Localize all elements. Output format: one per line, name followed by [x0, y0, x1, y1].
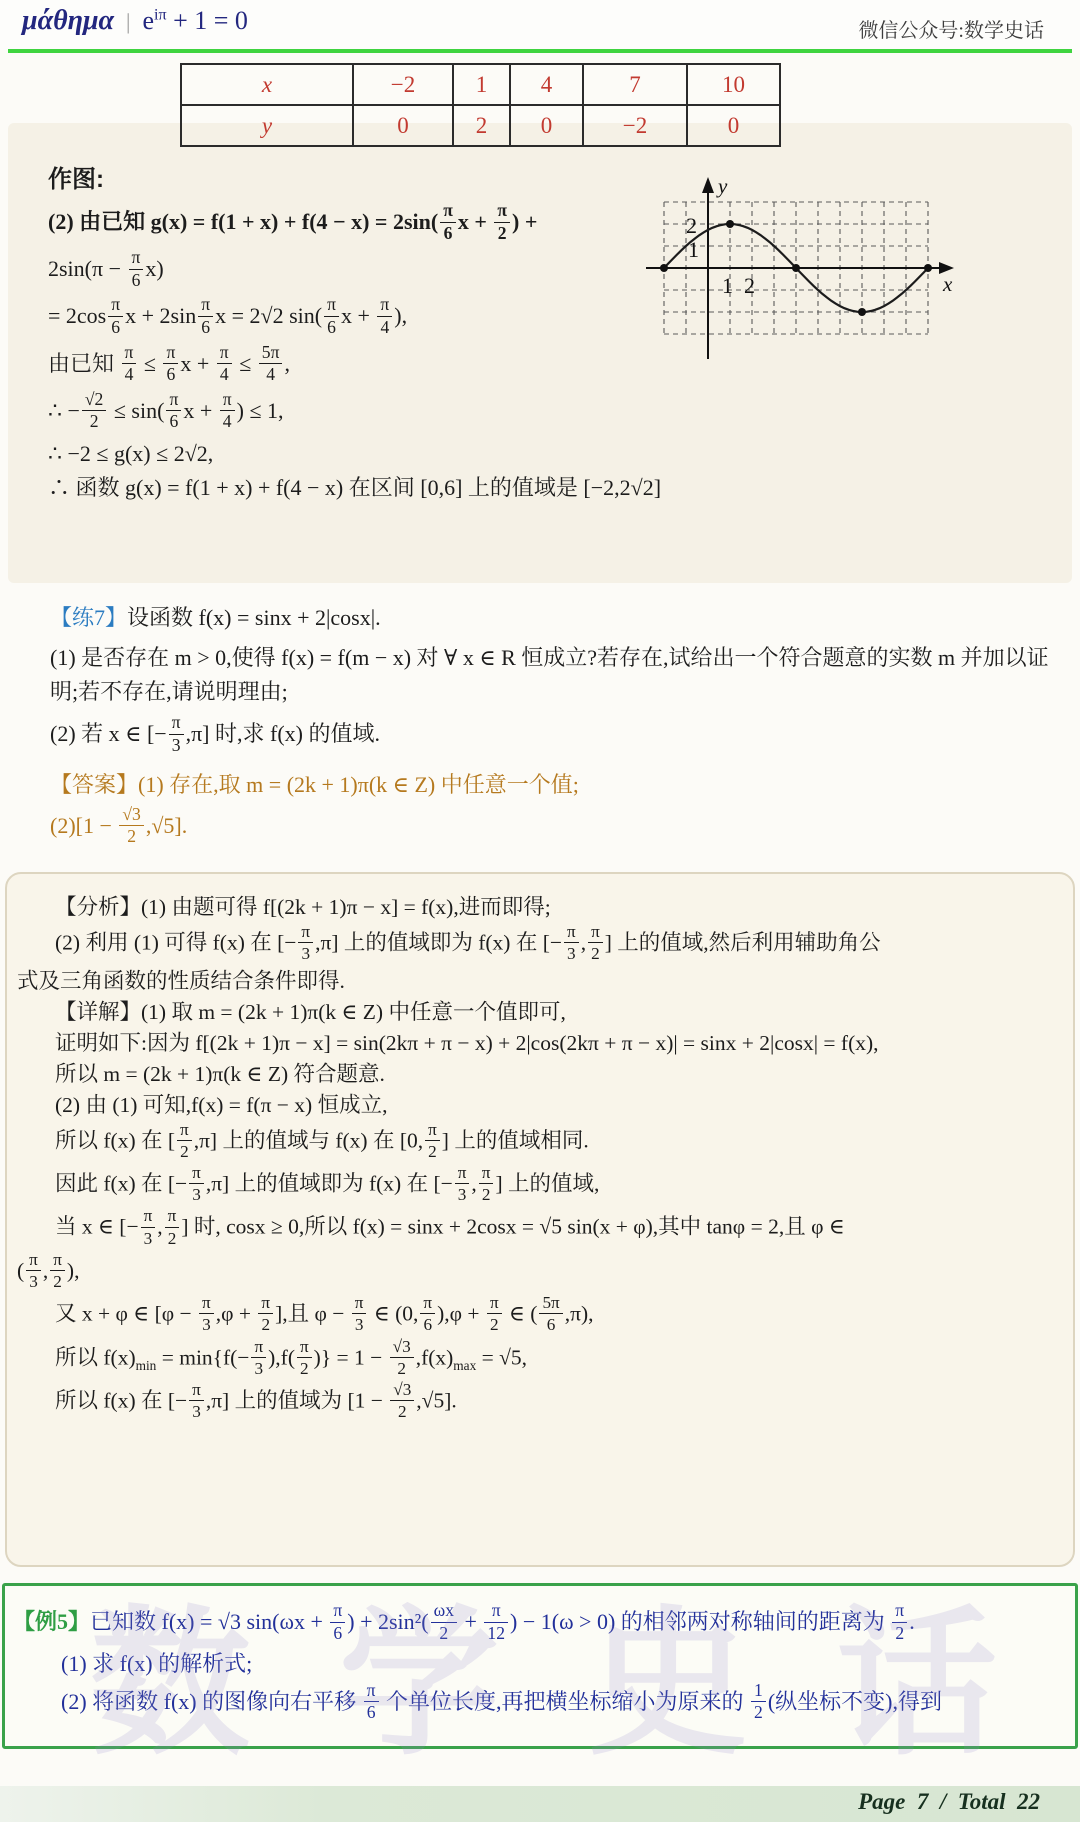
analysis-line: 所以 f(x) 在 [−π3,π] 上的值域为 [1 − √32,√5].: [17, 1383, 1059, 1422]
table-cell: 2: [453, 105, 510, 146]
analysis-line: (π3,π2),: [17, 1253, 1059, 1292]
graph-x-label: x: [942, 272, 953, 296]
example5-intro: 已知数 f(x) = √3 sin(ωx + π6) + 2sin²(ωx2 +…: [90, 1609, 915, 1634]
analysis-line: 所以 m = (2k + 1)π(k ∈ Z) 符合题意.: [17, 1061, 1059, 1088]
answer-section: 【答案】(1) 存在,取 m = (2k + 1)π(k ∈ Z) 中任意一个值…: [50, 762, 1050, 857]
table-cell: y: [181, 105, 353, 146]
analysis-line: 【详解】(1) 取 m = (2k + 1)π(k ∈ Z) 中任意一个值即可,: [17, 999, 1059, 1026]
footer-bar: Page 7 / Total 22: [0, 1786, 1080, 1822]
example5-intro-line: 【例5】已知数 f(x) = √3 sin(ωx + π6) + 2sin²(ω…: [13, 1604, 1061, 1644]
table-row-y: y 0 2 0 −2 0: [181, 105, 780, 146]
math-line: ∴ 函数 g(x) = f(1 + x) + f(4 − x) 在区间 [0,6…: [48, 474, 1048, 502]
table-cell: 1: [453, 64, 510, 105]
exercise7-section: 【练7】设函数 f(x) = sinx + 2|cosx|. (1) 是否存在 …: [50, 595, 1050, 763]
exercise7-item1: (1) 是否存在 m > 0,使得 f(x) = f(m − x) 对 ∀ x …: [50, 641, 1050, 709]
values-table: x −2 1 4 7 10 y 0 2 0 −2 0: [180, 63, 781, 147]
exercise7-label: 【练7】: [50, 605, 127, 630]
euler-formula: eiπ + 1 = 0: [142, 6, 247, 36]
table-cell: 0: [687, 105, 780, 146]
analysis-line: (2) 利用 (1) 可得 f(x) 在 [−π3,π] 上的值域即为 f(x)…: [17, 925, 1059, 964]
math-line: ∴ −2 ≤ g(x) ≤ 2√2,: [48, 440, 1048, 468]
analysis-line: 因此 f(x) 在 [−π3,π] 上的值域即为 f(x) 在 [−π3,π2]…: [17, 1166, 1059, 1205]
analysis-line: (2) 由 (1) 可知,f(x) = f(π − x) 恒成立,: [17, 1092, 1059, 1119]
example5-label: 【例5】: [13, 1609, 90, 1634]
table-cell: −2: [583, 105, 687, 146]
example5-item2: (2) 将函数 f(x) 的图像向右平移 π6 个单位长度,再把横坐标缩小为原来…: [13, 1684, 1061, 1724]
math-line: (2) 由已知 g(x) = f(1 + x) + f(4 − x) = 2si…: [48, 204, 668, 244]
math-line: 2sin(π − π6x): [48, 251, 668, 291]
key-point: [924, 264, 932, 272]
exercise7-item2: (2) 若 x ∈ [−π3,π] 时,求 f(x) 的值域.: [50, 716, 1050, 756]
exercise7-intro: 设函数 f(x) = sinx + 2|cosx|.: [127, 605, 381, 630]
analysis-line: 所以 f(x)min = min{f(−π3),f(π2)} = 1 − √32…: [17, 1340, 1059, 1379]
example5-item1: (1) 求 f(x) 的解析式;: [13, 1650, 1061, 1678]
analysis-line: 所以 f(x) 在 [π2,π] 上的值域与 f(x) 在 [0,π2] 上的值…: [17, 1123, 1059, 1162]
analysis-box: 【分析】(1) 由题可得 f[(2k + 1)π − x] = f(x),进而即…: [5, 872, 1075, 1567]
wechat-account: 微信公众号:数学史话: [858, 14, 1044, 43]
table-cell: 7: [583, 64, 687, 105]
key-point: [858, 308, 866, 316]
y-axis-arrow: [702, 177, 714, 193]
table-cell: x: [181, 64, 353, 105]
analysis-line: 【分析】(1) 由题可得 f[(2k + 1)π − x] = f(x),进而即…: [17, 894, 1059, 921]
graph-ytick: 2: [686, 213, 697, 238]
graph-xtick: 1: [722, 273, 733, 298]
key-point: [726, 220, 734, 228]
example5-box: 【例5】已知数 f(x) = √3 sin(ωx + π6) + 2sin²(ω…: [2, 1583, 1078, 1749]
analysis-line: 又 x + φ ∈ [φ − π3,φ + π2],且 φ − π3 ∈ (0,…: [17, 1296, 1059, 1335]
table-row-x: x −2 1 4 7 10: [181, 64, 780, 105]
exercise7-intro-line: 【练7】设函数 f(x) = sinx + 2|cosx|.: [50, 601, 1050, 635]
brand-block: μάθημα | eiπ + 1 = 0: [22, 5, 248, 37]
header-divider-line: [8, 49, 1072, 53]
page-indicator: Page 7 / Total 22: [858, 1789, 1040, 1815]
page-header: μάθημα | eiπ + 1 = 0 微信公众号:数学史话: [0, 0, 1080, 50]
key-point: [660, 264, 668, 272]
math-line: ∴ −√22 ≤ sin(π6x + π4) ≤ 1,: [48, 393, 1048, 433]
table-cell: 4: [510, 64, 583, 105]
function-graph: y x 2 1 1 2: [638, 173, 960, 373]
table-cell: −2: [353, 64, 453, 105]
brand-separator: |: [126, 9, 130, 35]
answer-text: (1) 存在,取 m = (2k + 1)π(k ∈ Z) 中任意一个值;: [138, 772, 579, 797]
graph-xtick: 2: [744, 273, 755, 298]
answer-line: (2)[1 − √32,√5].: [50, 808, 1050, 848]
key-point: [792, 264, 800, 272]
brand-logo: μάθημα: [22, 5, 114, 37]
table-cell: 0: [510, 105, 583, 146]
analysis-line: 式及三角函数的性质结合条件即得.: [17, 968, 1059, 995]
plot-work-box: 作图: (2) 由已知 g(x) = f(1 + x) + f(4 − x) =…: [8, 123, 1072, 583]
answer-label: 【答案】: [50, 772, 138, 797]
answer-line: 【答案】(1) 存在,取 m = (2k + 1)π(k ∈ Z) 中任意一个值…: [50, 771, 1050, 799]
analysis-line: 当 x ∈ [−π3,π2] 时, cosx ≥ 0,所以 f(x) = sin…: [17, 1209, 1059, 1248]
graph-ytick: 1: [688, 237, 699, 262]
analysis-line: 证明如下:因为 f[(2k + 1)π − x] = sin(2kπ + π −…: [17, 1030, 1059, 1057]
table-cell: 0: [353, 105, 453, 146]
table-cell: 10: [687, 64, 780, 105]
graph-y-label: y: [716, 174, 728, 198]
